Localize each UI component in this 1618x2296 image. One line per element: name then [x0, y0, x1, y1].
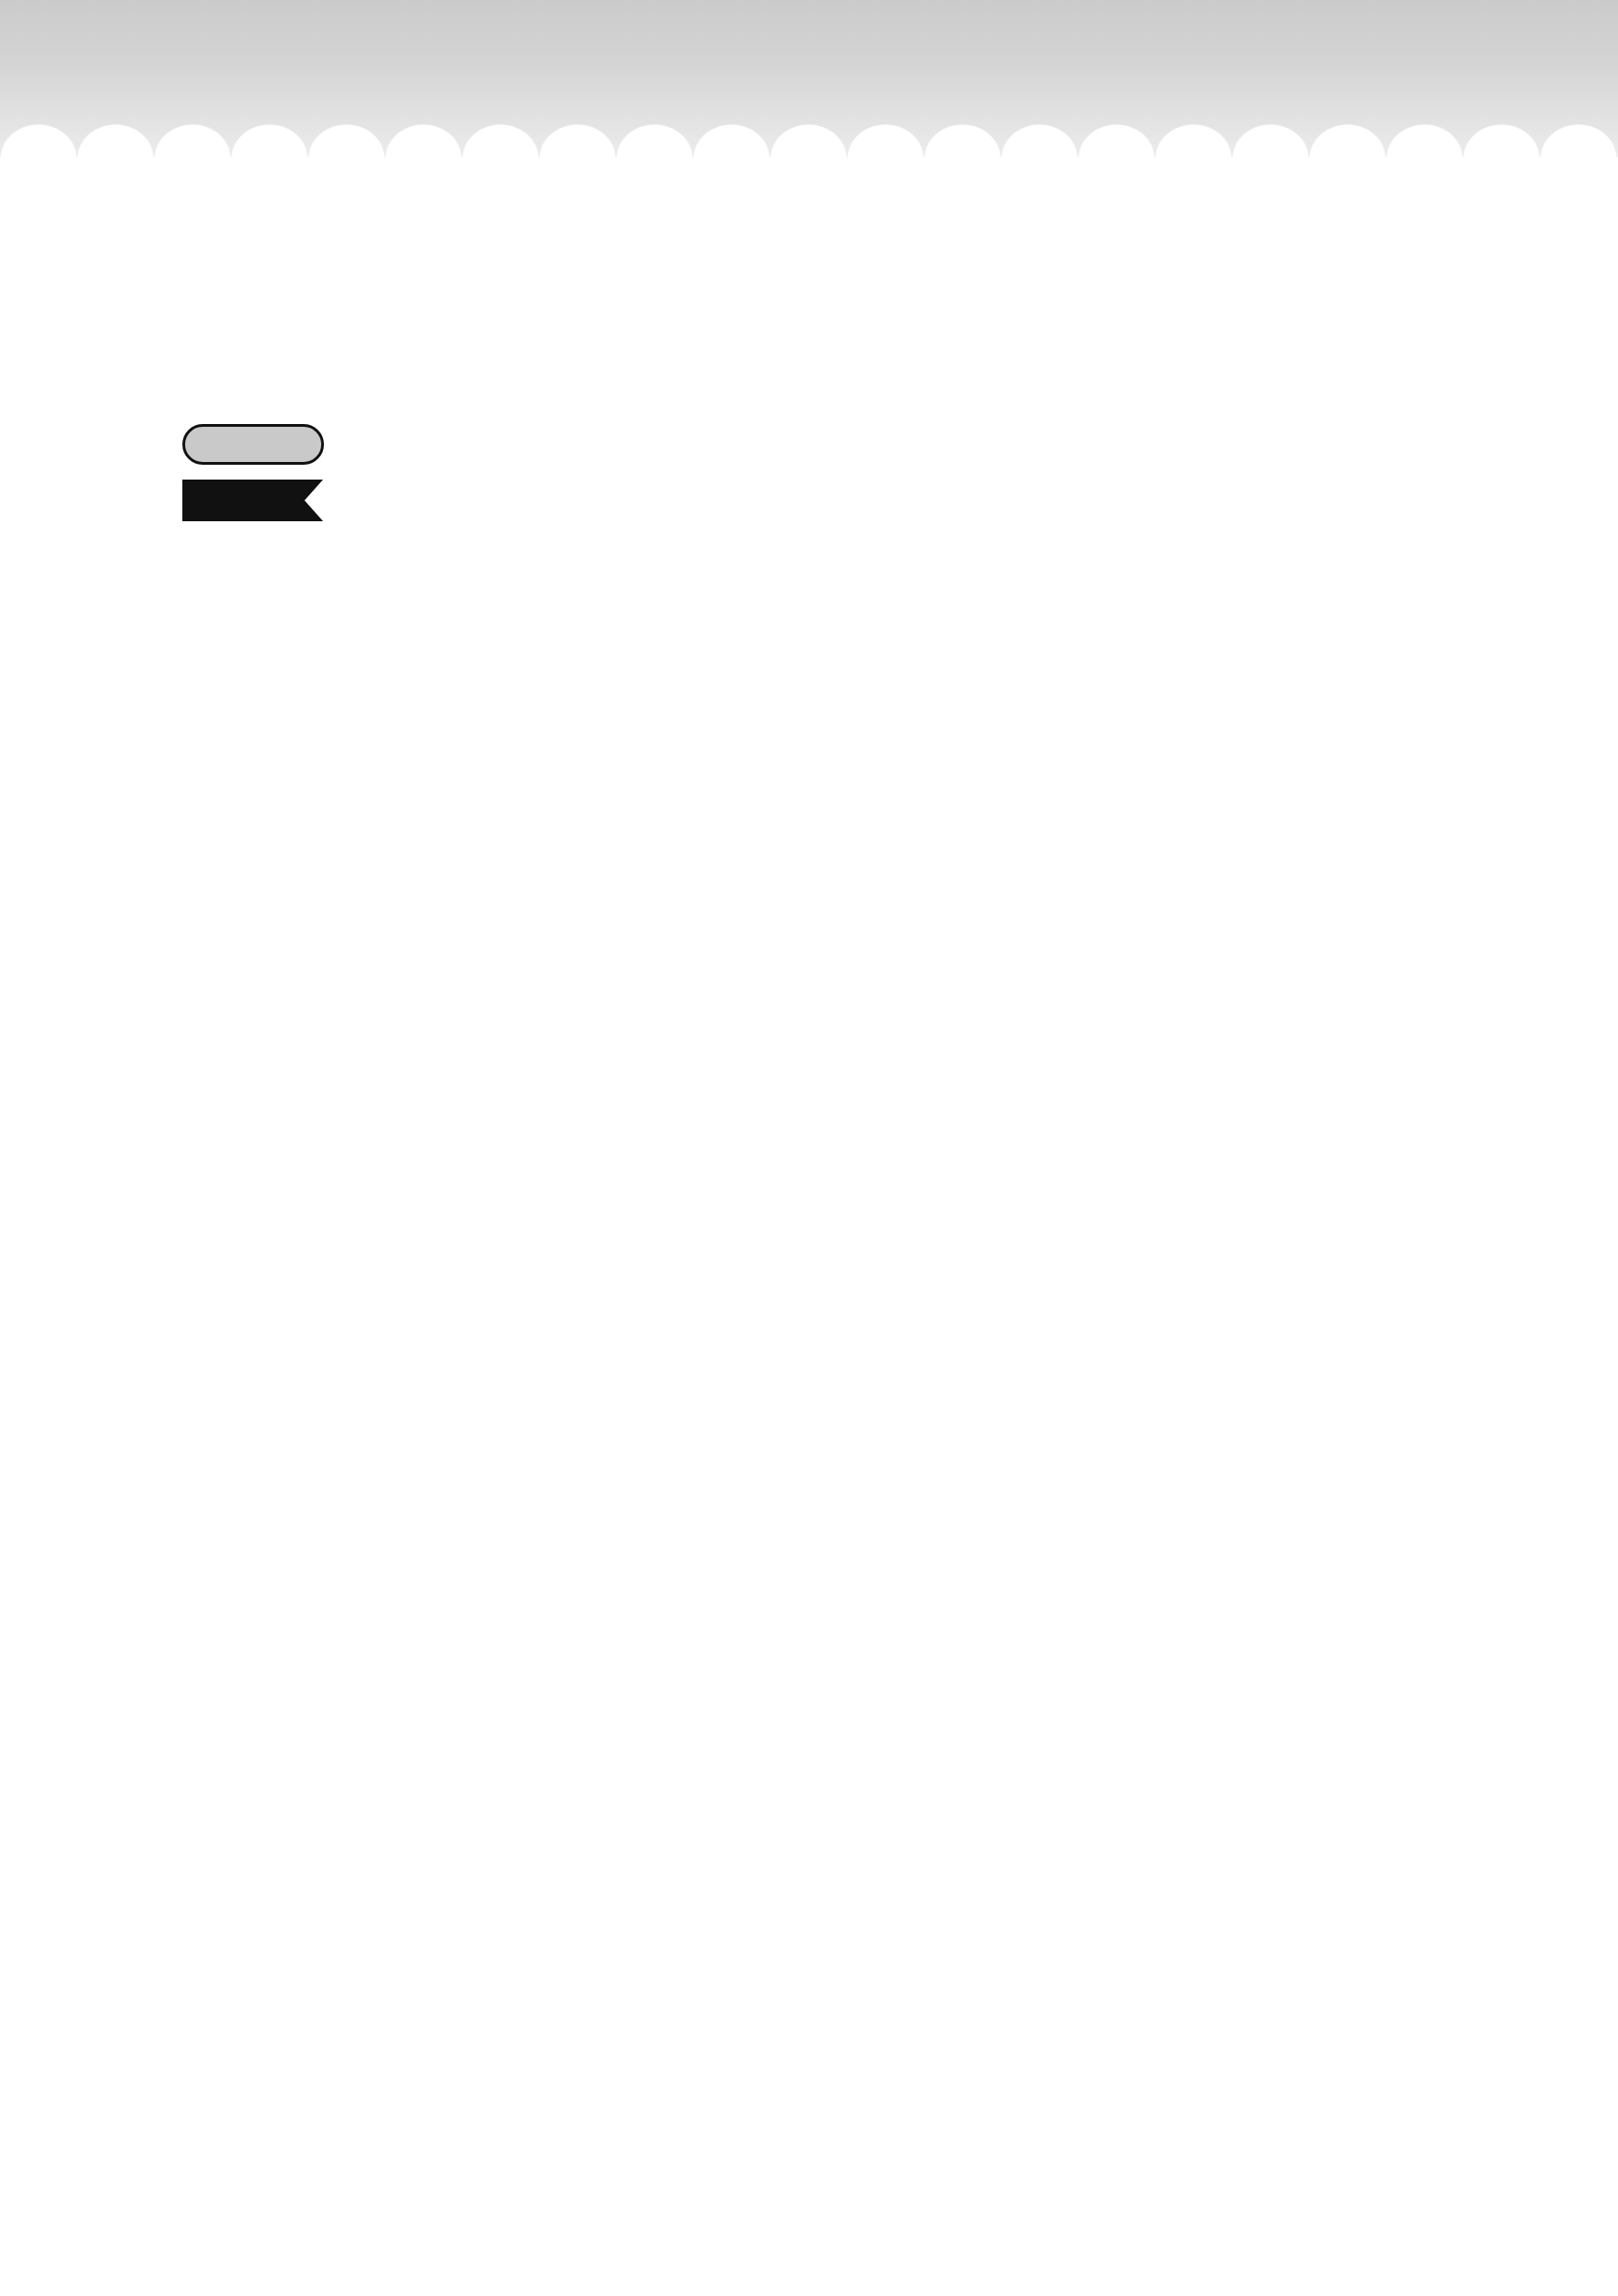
scallop-border — [0, 124, 1618, 158]
explanation-badge — [182, 480, 323, 521]
answer-badge — [182, 424, 324, 465]
book-page — [0, 0, 1618, 2296]
page-header — [0, 0, 1618, 157]
